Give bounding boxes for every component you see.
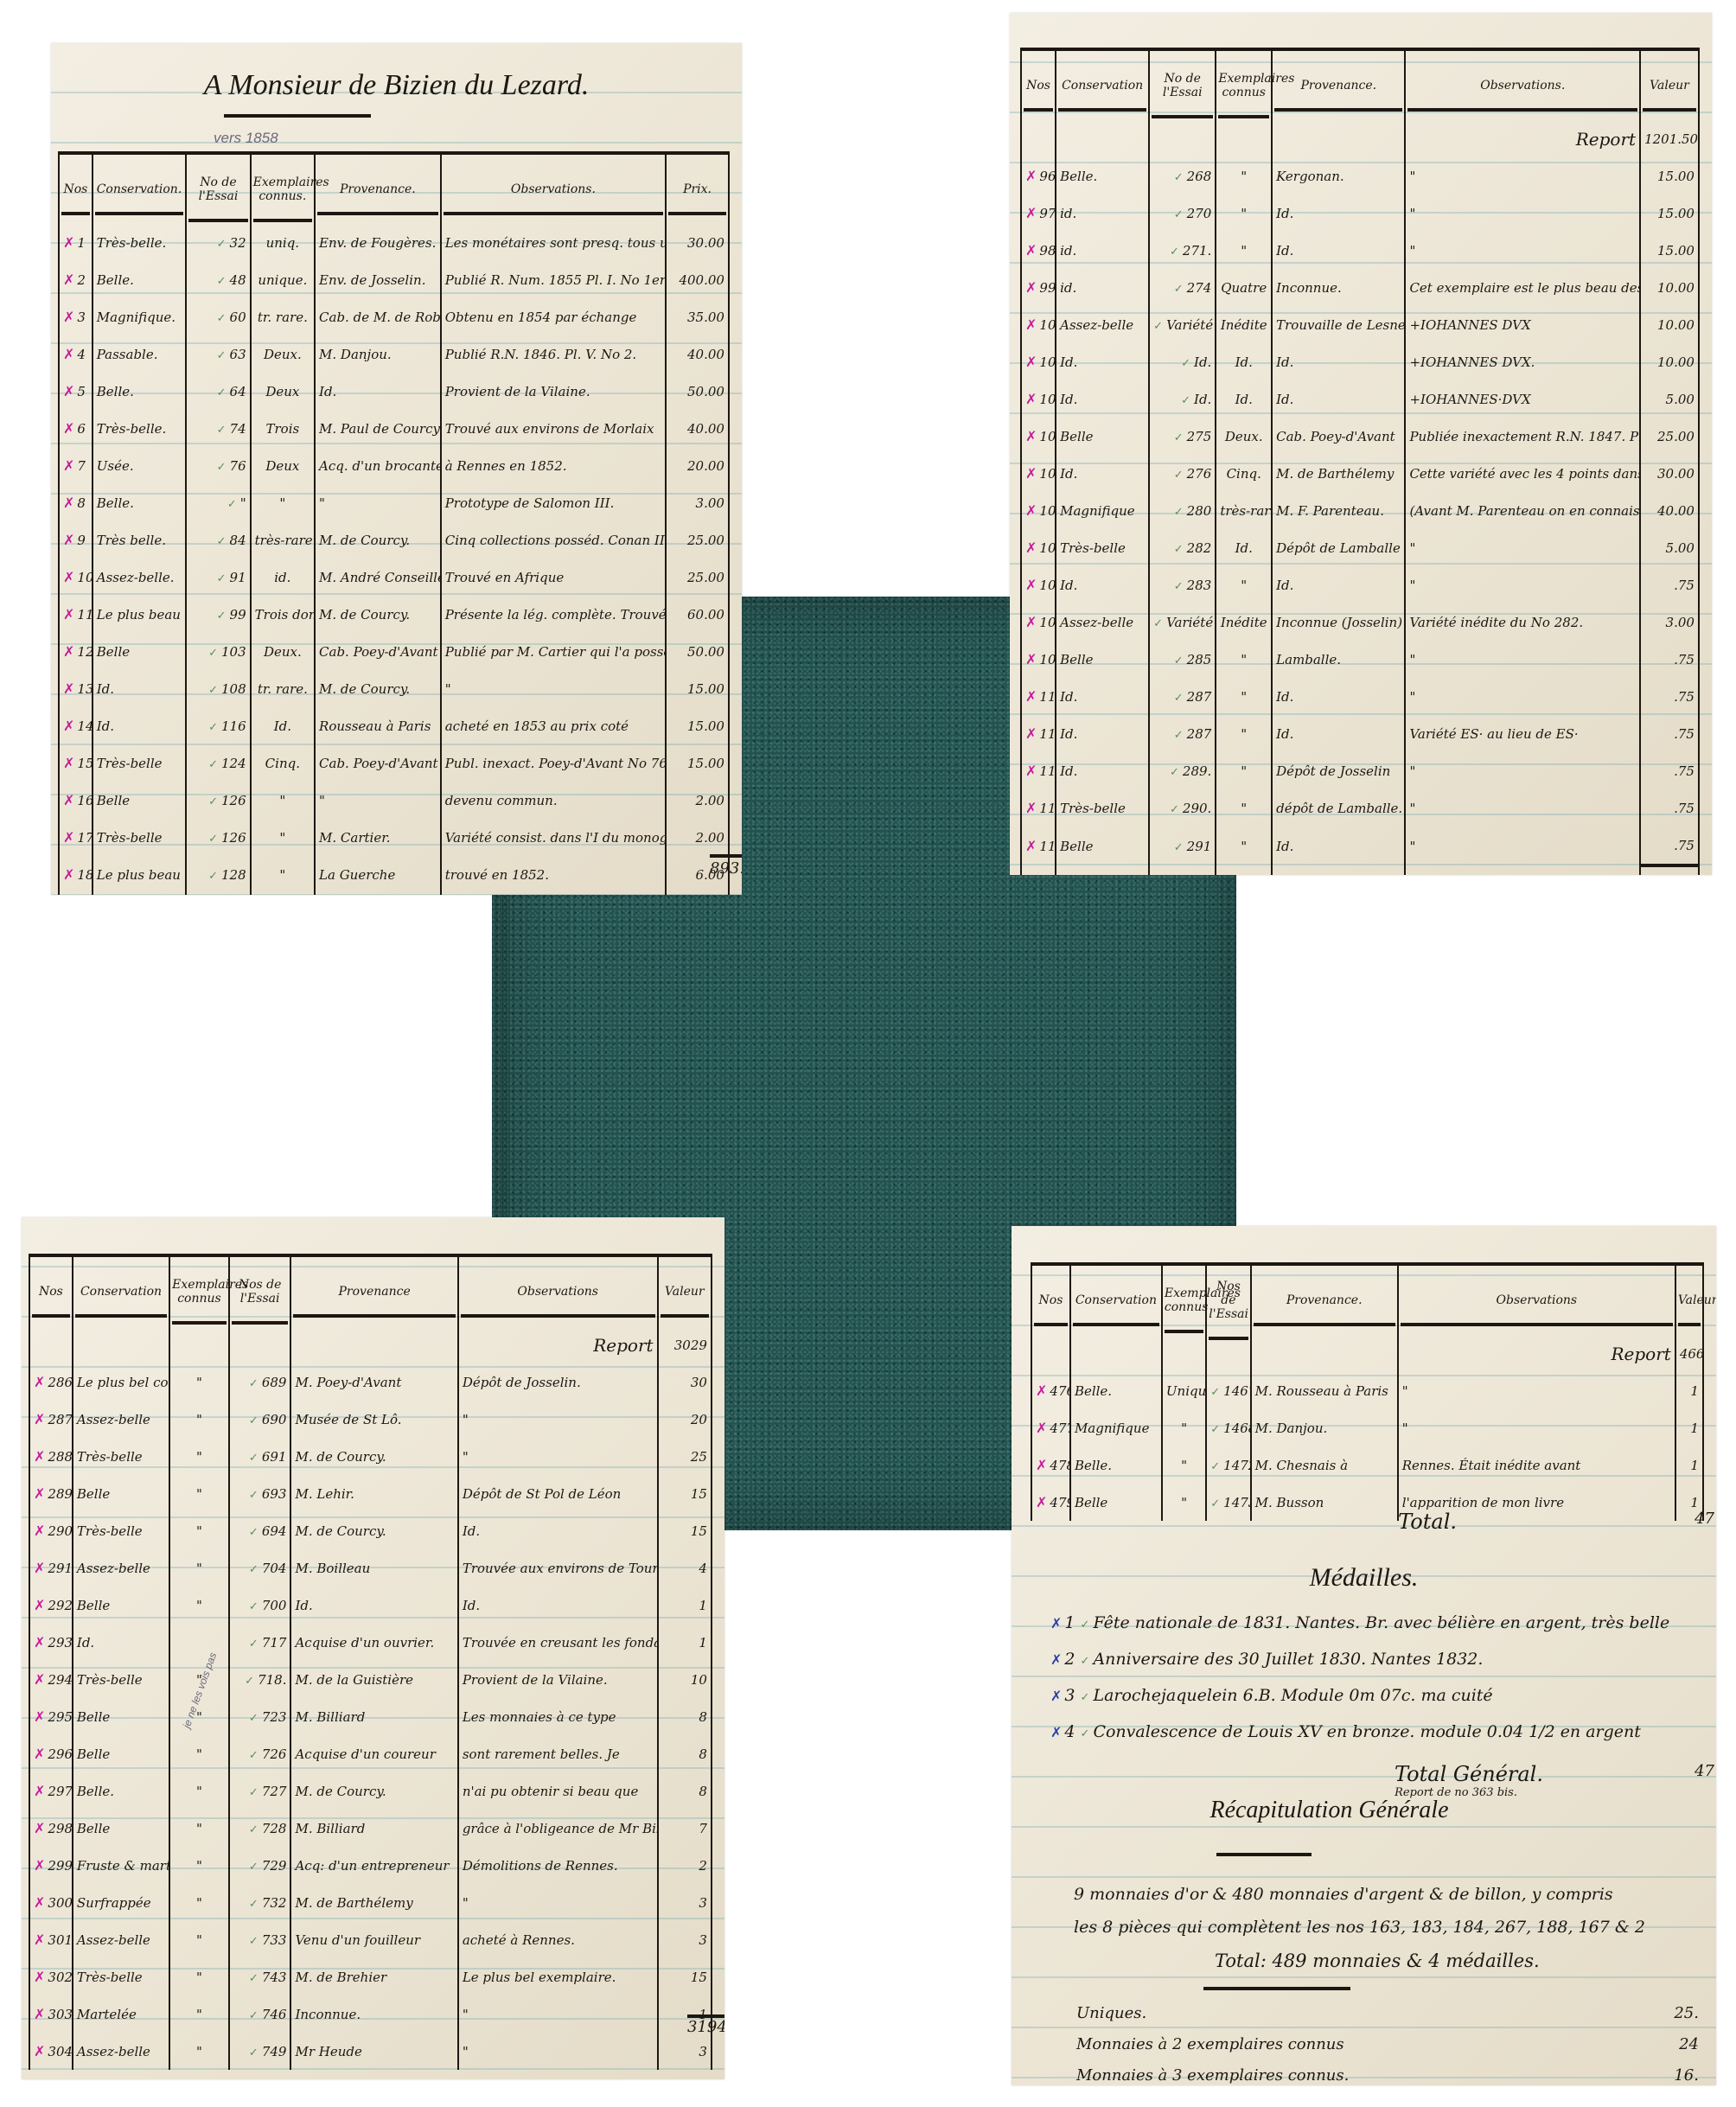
table-row: ✗18Le plus beau connu.✓128"La Guerchetro… [59, 856, 729, 893]
value-cell: 25.00 [666, 521, 729, 559]
entry-number: ✗111 [1021, 715, 1056, 752]
observations-cell: sont rarement belles. Je [458, 1735, 658, 1772]
value-cell: 4 [658, 1549, 712, 1587]
conservation-cell: Id. [1056, 678, 1149, 715]
entry-number: ✗96 [1021, 157, 1056, 195]
cross-mark-icon: ✗ [1025, 354, 1037, 370]
cross-mark-icon: ✗ [34, 1671, 45, 1688]
provenance-cell: M. Lehir. [290, 1475, 457, 1512]
table-row: ✗16Belle✓126""devenu commun.2.00 [59, 782, 729, 819]
observations-cell: Publié R.N. 1846. Pl. V. No 2. [441, 335, 666, 373]
provenance-cell: M. F. Parenteau. [1272, 492, 1405, 529]
header-conservation: Conservation [1070, 1264, 1162, 1335]
value-cell: 5.00 [1640, 529, 1699, 566]
value-cell: 10.00 [1640, 306, 1699, 343]
check-mark-icon: ✓ [217, 424, 227, 437]
check-mark-icon: ✓ [249, 1452, 258, 1465]
table-row: ✗14Id.✓116Id.Rousseau à Parisacheté en 1… [59, 707, 729, 744]
observations-cell: devenu commun. [441, 782, 666, 819]
header-valeur: Valeur [658, 1255, 712, 1326]
table-row: ✗290Très-belle"✓694M. de Courcy.Id.15 [29, 1512, 712, 1549]
conservation-cell: Très-belle [73, 1438, 169, 1475]
table-row: ✗97id.✓270"Id."15.00 [1021, 195, 1699, 232]
table-row: ✗303Martelée"✓746Inconnue."1 [29, 1995, 712, 2033]
summary-label: Monnaies à 3 exemplaires connus. [1076, 2066, 1349, 2085]
check-mark-icon: ✓ [1174, 431, 1184, 444]
entry-number: ✗112 [1021, 752, 1056, 789]
table-row: ✗298Belle"✓728M. Billiardgrâce à l'oblig… [29, 1810, 712, 1847]
provenance-cell: Cab. Poey-d'Avant. [315, 893, 441, 895]
header-prix: Prix. [666, 153, 729, 224]
provenance-cell: Lamballe. [1272, 641, 1405, 678]
essai-number: ✓749 [229, 2033, 291, 2070]
table-row: ✗100Assez-belle✓VariétéInéditeTrouvaille… [1021, 306, 1699, 343]
provenance-cell: M. Rousseau à Paris [1251, 1372, 1398, 1409]
value-cell: 15.00 [666, 670, 729, 707]
cross-mark-icon: ✗ [63, 792, 74, 808]
essai-number: ✓729 [229, 1847, 291, 1884]
value-cell: 2.00 [666, 782, 729, 819]
entry-number: ✗2 [59, 261, 93, 298]
essai-number: ✓Id. [1149, 343, 1216, 380]
check-mark-icon: ✓ [217, 461, 227, 474]
report-value: 1201.50 [1640, 120, 1699, 157]
check-mark-icon: ✓ [249, 1377, 258, 1390]
conservation-cell: Le plus beau connu. [93, 856, 187, 893]
provenance-cell: Venu d'un fouilleur [290, 1921, 457, 1958]
provenance-cell: M. Paul de Courcy [315, 410, 441, 447]
exemplaires-cell: " [169, 1772, 229, 1810]
header-exemplaires: Exemplaires connus [1162, 1264, 1206, 1335]
value-cell: 15 [658, 1512, 712, 1549]
report-label: Report [1398, 1335, 1675, 1372]
conservation-cell: Belle [93, 633, 187, 670]
essai-number: ✓84 [186, 521, 250, 559]
conservation-cell: Id. [93, 707, 187, 744]
cross-mark-icon: ✗ [34, 1597, 45, 1613]
essai-number: ✓289. [1149, 752, 1216, 789]
check-mark-icon: ✓ [1170, 766, 1179, 779]
exemplaires-cell: " [169, 1475, 229, 1512]
conservation-cell: Très-belle [1056, 789, 1149, 827]
page-title: A Monsieur de Bizien du Lezard. [51, 69, 742, 102]
check-mark-icon: ✓ [249, 1749, 258, 1762]
value-cell: 35.00 [666, 298, 729, 335]
essai-number: ✓1467 [1206, 1372, 1250, 1409]
exemplaires-cell: " [169, 1401, 229, 1438]
exemplaires-cell [169, 1624, 229, 1661]
exemplaires-cell: " [169, 1921, 229, 1958]
table-row: ✗5Belle.✓64DeuxId.Provient de la Vilaine… [59, 373, 729, 410]
entry-number: ✗297 [29, 1772, 73, 1810]
entry-number: ✗107 [1021, 566, 1056, 603]
cross-mark-icon: ✗ [1025, 577, 1037, 593]
cross-mark-icon: ✗ [34, 1448, 45, 1465]
entry-number: ✗100 [1021, 306, 1056, 343]
entry-number: ✗303 [29, 1995, 73, 2033]
table-row: ✗289Belle"✓693M. Lehir.Dépôt de St Pol d… [29, 1475, 712, 1512]
conservation-cell: Très-belle [1056, 529, 1149, 566]
entry-number: ✗113 [1021, 789, 1056, 827]
provenance-cell: Acquise d'un coureur [290, 1735, 457, 1772]
check-mark-icon: ✓ [249, 1861, 258, 1874]
value-cell: 60 [666, 893, 729, 895]
observations-cell: +IOHANNES DVX [1405, 306, 1640, 343]
conservation-cell: Belle. [1070, 1446, 1162, 1484]
essai-number: ✓276 [1149, 455, 1216, 492]
table-row: ✗104Id.✓276Cinq.M. de BarthélemyCette va… [1021, 455, 1699, 492]
table-row: ✗112Id.✓289."Dépôt de Josselin".75 [1021, 752, 1699, 789]
essai-number: ✓Variété [1149, 306, 1216, 343]
exemplaires-cell: " [1216, 678, 1272, 715]
value-cell: .75 [1640, 827, 1699, 865]
table-row: ✗292Belle"✓700Id.Id.1 [29, 1587, 712, 1624]
essai-number: ✓Variété [1149, 603, 1216, 641]
exemplaires-cell: " [169, 1363, 229, 1401]
essai-number: ✓287 [1149, 715, 1216, 752]
exemplaires-cell: tr. rare. [251, 298, 315, 335]
conservation-cell: Très-belle [93, 744, 187, 782]
exemplaires-cell: " [169, 1958, 229, 1995]
table-row: ✗1Très-belle.✓32uniq.Env. de Fougères.Le… [59, 224, 729, 261]
conservation-cell: Assez-belle [1056, 603, 1149, 641]
observations-cell: " [1405, 195, 1640, 232]
check-mark-icon: ✓ [1174, 469, 1184, 482]
check-mark-icon: ✓ [249, 1898, 258, 1911]
header-essai: Nos de l'Essai [229, 1255, 291, 1326]
cross-mark-icon: ✗ [63, 569, 74, 585]
observations-cell: Dépôt de Josselin. [458, 1363, 658, 1401]
essai-number: ✓76 [186, 447, 250, 484]
provenance-cell: Trouvaille de Lesneven [1272, 306, 1405, 343]
table-row: ✗15Très-belle✓124Cinq.Cab. Poey-d'AvantP… [59, 744, 729, 782]
value-cell: 20 [658, 1401, 712, 1438]
summary-value: 16. [1674, 2066, 1699, 2085]
cross-mark-icon: ✗ [63, 420, 74, 437]
table-row: ✗109Belle✓285"Lamballe.".75 [1021, 641, 1699, 678]
conservation-cell: Un peu fracturée [93, 893, 187, 895]
value-cell: .75 [1640, 641, 1699, 678]
provenance-cell: M. de Courcy. [290, 1772, 457, 1810]
provenance-cell: " [315, 782, 441, 819]
observations-cell: " [1405, 752, 1640, 789]
cross-mark-icon: ✗ [63, 718, 74, 734]
report-value: 3029 [658, 1326, 712, 1363]
check-mark-icon: ✓ [208, 833, 218, 846]
essai-number: ✓108 [186, 670, 250, 707]
provenance-cell: Inconnue. [1272, 269, 1405, 306]
entry-number: ✗302 [29, 1958, 73, 1995]
value-cell: 25 [658, 1438, 712, 1475]
header-essai: No de l'Essai [1149, 49, 1216, 120]
provenance-cell: Acq: d'un entrepreneur [290, 1847, 457, 1884]
cross-mark-icon: ✗ [34, 2006, 45, 2022]
cross-mark-icon: ✗ [34, 2043, 45, 2059]
provenance-cell: M. de Courcy. [315, 596, 441, 633]
entry-number: ✗295 [29, 1698, 73, 1735]
provenance-cell: Cab. Poey-d'Avant [315, 633, 441, 670]
header-no: Nos [59, 153, 93, 224]
exemplaires-cell: " [169, 1438, 229, 1475]
value-cell: 10.00 [1640, 269, 1699, 306]
report-row: Report 466 [1031, 1335, 1703, 1372]
essai-number: ✓128 [186, 856, 250, 893]
conservation-cell: Belle [1056, 418, 1149, 455]
check-mark-icon: ✓ [249, 1823, 258, 1836]
check-mark-icon: ✓ [1174, 506, 1184, 519]
check-mark-icon: ✓ [1170, 803, 1179, 816]
cross-mark-icon: ✗ [63, 271, 74, 288]
check-mark-icon: ✓ [249, 1563, 258, 1576]
entry-number: ✗11 [59, 596, 93, 633]
cross-mark-icon: ✗ [1025, 168, 1037, 184]
essai-number: ✓63 [186, 335, 250, 373]
table-row: ✗301Assez-belle"✓733Venu d'un fouilleura… [29, 1921, 712, 1958]
cross-mark-icon: ✗ [34, 1560, 45, 1576]
provenance-cell: " [315, 484, 441, 521]
essai-number: ✓64 [186, 373, 250, 410]
table-row: ✗108Assez-belle✓VariétéInéditeInconnue (… [1021, 603, 1699, 641]
check-mark-icon: ✓ [1174, 841, 1184, 854]
ledger-page-bottom-left: Nos Conservation Exemplaires connus Nos … [22, 1217, 724, 2079]
conservation-cell: Le plus beau [93, 596, 187, 633]
provenance-cell: Id. [290, 1587, 457, 1624]
table-row: ✗106Très-belle✓282Id.Dépôt de Lamballe"5… [1021, 529, 1699, 566]
table-row: ✗288Très-belle"✓691M. de Courcy."25 [29, 1438, 712, 1475]
cross-mark-icon: ✗ [63, 606, 74, 623]
observations-cell: Trouvé aux environs de Morlaix [441, 410, 666, 447]
check-mark-icon: ✓ [208, 870, 218, 883]
table-row: ✗103Belle✓275Deux.Cab. Poey-d'AvantPubli… [1021, 418, 1699, 455]
provenance-cell: Musée de St Lô. [290, 1401, 457, 1438]
provenance-cell: M. de la Guistière [290, 1661, 457, 1698]
provenance-cell: M. Poey-d'Avant [290, 1363, 457, 1401]
conservation-cell: id. [1056, 269, 1149, 306]
provenance-cell: Id. [1272, 343, 1405, 380]
observations-cell: " [1398, 1372, 1675, 1409]
observations-cell: +IOHANNES DVX. [1405, 343, 1640, 380]
exemplaires-cell: " [169, 1512, 229, 1549]
check-mark-icon: ✓ [1174, 580, 1184, 593]
observations-cell: +IOHANNES·DVX [1405, 380, 1640, 418]
check-mark-icon: ✓ [1174, 208, 1184, 221]
exemplaires-cell: Id. [1216, 380, 1272, 418]
entry-number: ✗477 [1031, 1409, 1070, 1446]
header-observations: Observations [1398, 1264, 1675, 1335]
conservation-cell: Belle [73, 1698, 169, 1735]
header-conservation: Conservation [1056, 49, 1149, 120]
essai-number: ✓1473 [1206, 1484, 1250, 1521]
table-row: ✗7Usée.✓76DeuxAcq. d'un brocanteurà Renn… [59, 447, 729, 484]
value-cell: .75 [1640, 715, 1699, 752]
value-cell: 1 [1675, 1446, 1703, 1484]
observations-cell: Présente la lég. complète. Trouvé aux en… [441, 596, 666, 633]
observations-cell: " [458, 1401, 658, 1438]
carry-label: A Reporter. [1405, 865, 1640, 875]
value-cell: 15 [658, 1475, 712, 1512]
entry-number: ✗6 [59, 410, 93, 447]
check-mark-icon: ✓ [208, 647, 218, 660]
recap-line-1: 9 monnaies d'or & 480 monnaies d'argent … [1074, 1885, 1613, 1904]
provenance-cell: Cab. de M. de Robien. [315, 298, 441, 335]
observations-cell: grâce à l'obligeance de Mr Billiard qui … [458, 1810, 658, 1847]
conservation-cell: Très-belle [73, 1958, 169, 1995]
conservation-cell: Assez-belle [1056, 306, 1149, 343]
exemplaires-cell: Unique [1162, 1372, 1206, 1409]
essai-number: ✓99 [186, 596, 250, 633]
observations-cell: Obtenu en 1854 par échange [441, 298, 666, 335]
exemplaires-cell: " [169, 2033, 229, 2070]
provenance-cell: Env. de Fougères. [315, 224, 441, 261]
essai-number: ✓270 [1149, 195, 1216, 232]
check-mark-icon: ✓ [249, 1600, 258, 1613]
exemplaires-cell: " [1216, 232, 1272, 269]
header-essai: No de l'Essai [186, 153, 250, 224]
conservation-cell: Id. [1056, 343, 1149, 380]
entry-number: ✗290 [29, 1512, 73, 1549]
table-row: ✗105Magnifique✓280très-rareM. F. Parente… [1021, 492, 1699, 529]
observations-cell: Démolitions de Rennes. [458, 1847, 658, 1884]
conservation-cell: Belle. [93, 373, 187, 410]
table-row: ✗299Fruste & martelée"✓729Acq: d'un entr… [29, 1847, 712, 1884]
report-value: 466 [1675, 1335, 1703, 1372]
value-cell: 2 [658, 1847, 712, 1884]
summary-value: 25. [1674, 2004, 1699, 2022]
observations-cell: à Rennes en 1852. [441, 447, 666, 484]
provenance-cell: M. de Brehier [290, 1958, 457, 1995]
recap-total: Total: 489 monnaies & 4 médailles. [1215, 1951, 1540, 1971]
check-mark-icon: ✓ [249, 2046, 258, 2059]
table-row: ✗304Assez-belle"✓749Mr Heude"3 [29, 2033, 712, 2070]
observations-cell: Cet exemplaire est le plus beau des 4 [1405, 269, 1640, 306]
check-mark-icon: ✓ [1081, 1655, 1090, 1668]
cross-mark-icon: ✗ [1025, 279, 1037, 296]
observations-cell: Les monétaires sont presq. tous uniq. [441, 224, 666, 261]
exemplaires-cell: " [1216, 715, 1272, 752]
entry-number: ✗291 [29, 1549, 73, 1587]
conservation-cell: Id. [1056, 455, 1149, 492]
observations-cell: " [458, 1995, 658, 2033]
observations-cell: Cette variété avec les 4 points dans la … [1405, 455, 1640, 492]
essai-number: ✓704 [229, 1549, 291, 1587]
essai-number: ✓285 [1149, 641, 1216, 678]
check-mark-icon: ✓ [217, 275, 227, 288]
table-row: ✗477Magnifique"✓1468M. Danjou."1 [1031, 1409, 1703, 1446]
provenance-cell: M. Danjou. [315, 335, 441, 373]
entry-number: ✗17 [59, 819, 93, 856]
recap-rule [1216, 1853, 1312, 1856]
table-row: ✗19Un peu fracturée✓134DeuxCab. Poey-d'A… [59, 893, 729, 895]
header-provenance: Provenance [290, 1255, 457, 1326]
conservation-cell: Passable. [93, 335, 187, 373]
provenance-cell: Id. [1272, 380, 1405, 418]
exemplaires-cell: Trois [251, 410, 315, 447]
value-cell: 30.00 [666, 224, 729, 261]
check-mark-icon: ✓ [1181, 357, 1190, 370]
observations-cell: Provient de la Vilaine. [441, 373, 666, 410]
exemplaires-cell: Cinq. [251, 744, 315, 782]
essai-number: ✓103 [186, 633, 250, 670]
cross-mark-icon: ✗ [1025, 688, 1037, 705]
table-row: ✗11Le plus beau✓99Trois dont un en cuivr… [59, 596, 729, 633]
total-label: Total. [1398, 1510, 1457, 1534]
entry-number: ✗18 [59, 856, 93, 893]
value-cell: 15.00 [666, 707, 729, 744]
table-row: ✗3Magnifique.✓60tr. rare.Cab. de M. de R… [59, 298, 729, 335]
cross-mark-icon: ✗ [63, 383, 74, 399]
observations-cell: Id. [458, 1512, 658, 1549]
conservation-cell: Belle [73, 1475, 169, 1512]
exemplaires-cell: Deux [251, 447, 315, 484]
cross-mark-icon: ✗ [34, 1969, 45, 1985]
entry-number: ✗304 [29, 2033, 73, 2070]
provenance-cell: M. de Courcy. [315, 521, 441, 559]
exemplaires-cell: " [1216, 752, 1272, 789]
observations-cell: Provient de la Vilaine. [458, 1661, 658, 1698]
entry-number: ✗8 [59, 484, 93, 521]
provenance-cell: Id. [315, 373, 441, 410]
exemplaires-cell: " [251, 819, 315, 856]
entry-number: ✗106 [1021, 529, 1056, 566]
cross-mark-icon: ✗ [34, 1857, 45, 1874]
provenance-cell: Env. de Josselin. [315, 261, 441, 298]
exemplaires-cell: " [169, 1884, 229, 1921]
carry-value: 1389.75 [1640, 865, 1699, 875]
provenance-cell: Id. [1272, 715, 1405, 752]
provenance-cell: M. André Conseiller [315, 559, 441, 596]
conservation-cell: Belle [73, 1735, 169, 1772]
provenance-cell: Dépôt de Lamballe [1272, 529, 1405, 566]
entry-number: ✗300 [29, 1884, 73, 1921]
cross-mark-icon: ✗ [63, 234, 74, 251]
observations-cell: " [458, 1884, 658, 1921]
conservation-cell: Assez-belle [73, 1549, 169, 1587]
table-row: ✗12Belle✓103Deux.Cab. Poey-d'AvantPublié… [59, 633, 729, 670]
exemplaires-cell: Quatre [1216, 269, 1272, 306]
conservation-cell: id. [1056, 195, 1149, 232]
summary-item: Monnaies à 3 exemplaires connus.16. [1076, 2066, 1707, 2085]
table-row: ✗479Belle"✓1473M. Bussonl'apparition de … [1031, 1484, 1703, 1521]
essai-number: ✓700 [229, 1587, 291, 1624]
table-row: ✗9Très belle.✓84très-rareM. de Courcy.Ci… [59, 521, 729, 559]
entry-number: ✗19 [59, 893, 93, 895]
value-cell: 7 [658, 1810, 712, 1847]
carry-row: A Reporter. 1389.75 [1021, 865, 1699, 875]
essai-number: ✓727 [229, 1772, 291, 1810]
entry-number: ✗478 [1031, 1446, 1070, 1484]
observations-cell: Dépôt de St Pol de Léon [458, 1475, 658, 1512]
check-mark-icon: ✓ [217, 535, 227, 548]
report-label: Report [458, 1326, 658, 1363]
value-cell: 40.00 [666, 410, 729, 447]
observations-cell: Cinq collections posséd. Conan II. [441, 521, 666, 559]
observations-cell: Variété inédite du No 282. [1405, 603, 1640, 641]
essai-number: ✓733 [229, 1921, 291, 1958]
essai-number: ✓689 [229, 1363, 291, 1401]
exemplaires-cell: tr. rare. [251, 670, 315, 707]
cross-mark-icon: ✗ [63, 309, 74, 325]
entry-number: ✗108 [1021, 603, 1056, 641]
table-row: ✗8Belle.✓"""Prototype de Salomon III.3.0… [59, 484, 729, 521]
exemplaires-cell: " [1216, 641, 1272, 678]
value-cell: 2.00 [666, 819, 729, 856]
table-row: ✗17Très-belle✓126"M. Cartier.Variété con… [59, 819, 729, 856]
observations-cell: Acquise en 1855 pour un Thoël fourré de … [441, 893, 666, 895]
entry-number: ✗476 [1031, 1372, 1070, 1409]
medals-heading: Médailles. [1012, 1563, 1716, 1593]
exemplaires-cell: " [251, 856, 315, 893]
value-cell: 15.00 [1640, 232, 1699, 269]
